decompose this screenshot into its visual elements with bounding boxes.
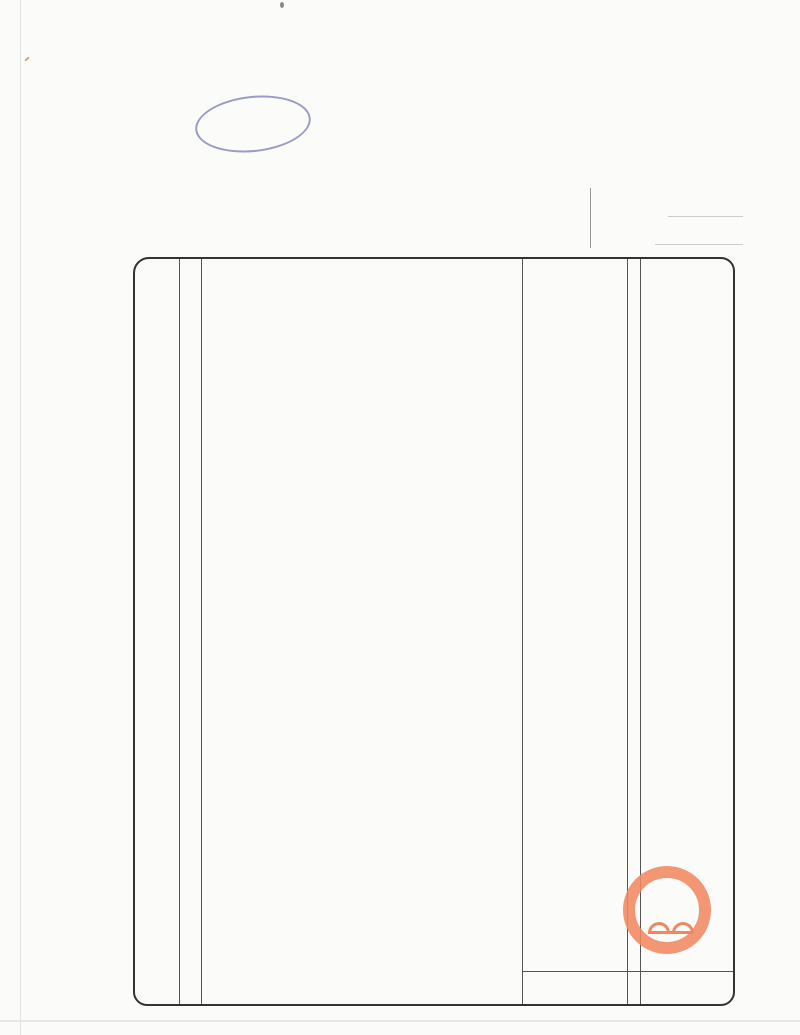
stain-mark <box>24 56 30 61</box>
ink-speck <box>280 2 284 8</box>
page-bottom-edge <box>0 1020 800 1022</box>
logo-book-base <box>648 931 694 934</box>
header-divider <box>590 188 591 248</box>
day-desc-divider <box>201 259 202 1004</box>
total-separator <box>522 971 733 972</box>
library-stamp <box>192 90 313 158</box>
library-logo-watermark <box>623 866 711 954</box>
scheda-field-line <box>655 244 743 245</box>
month-day-divider <box>179 259 180 1004</box>
desc-dare-divider <box>522 259 523 1004</box>
page-edge <box>20 0 21 1035</box>
conto-field-line <box>668 216 743 217</box>
